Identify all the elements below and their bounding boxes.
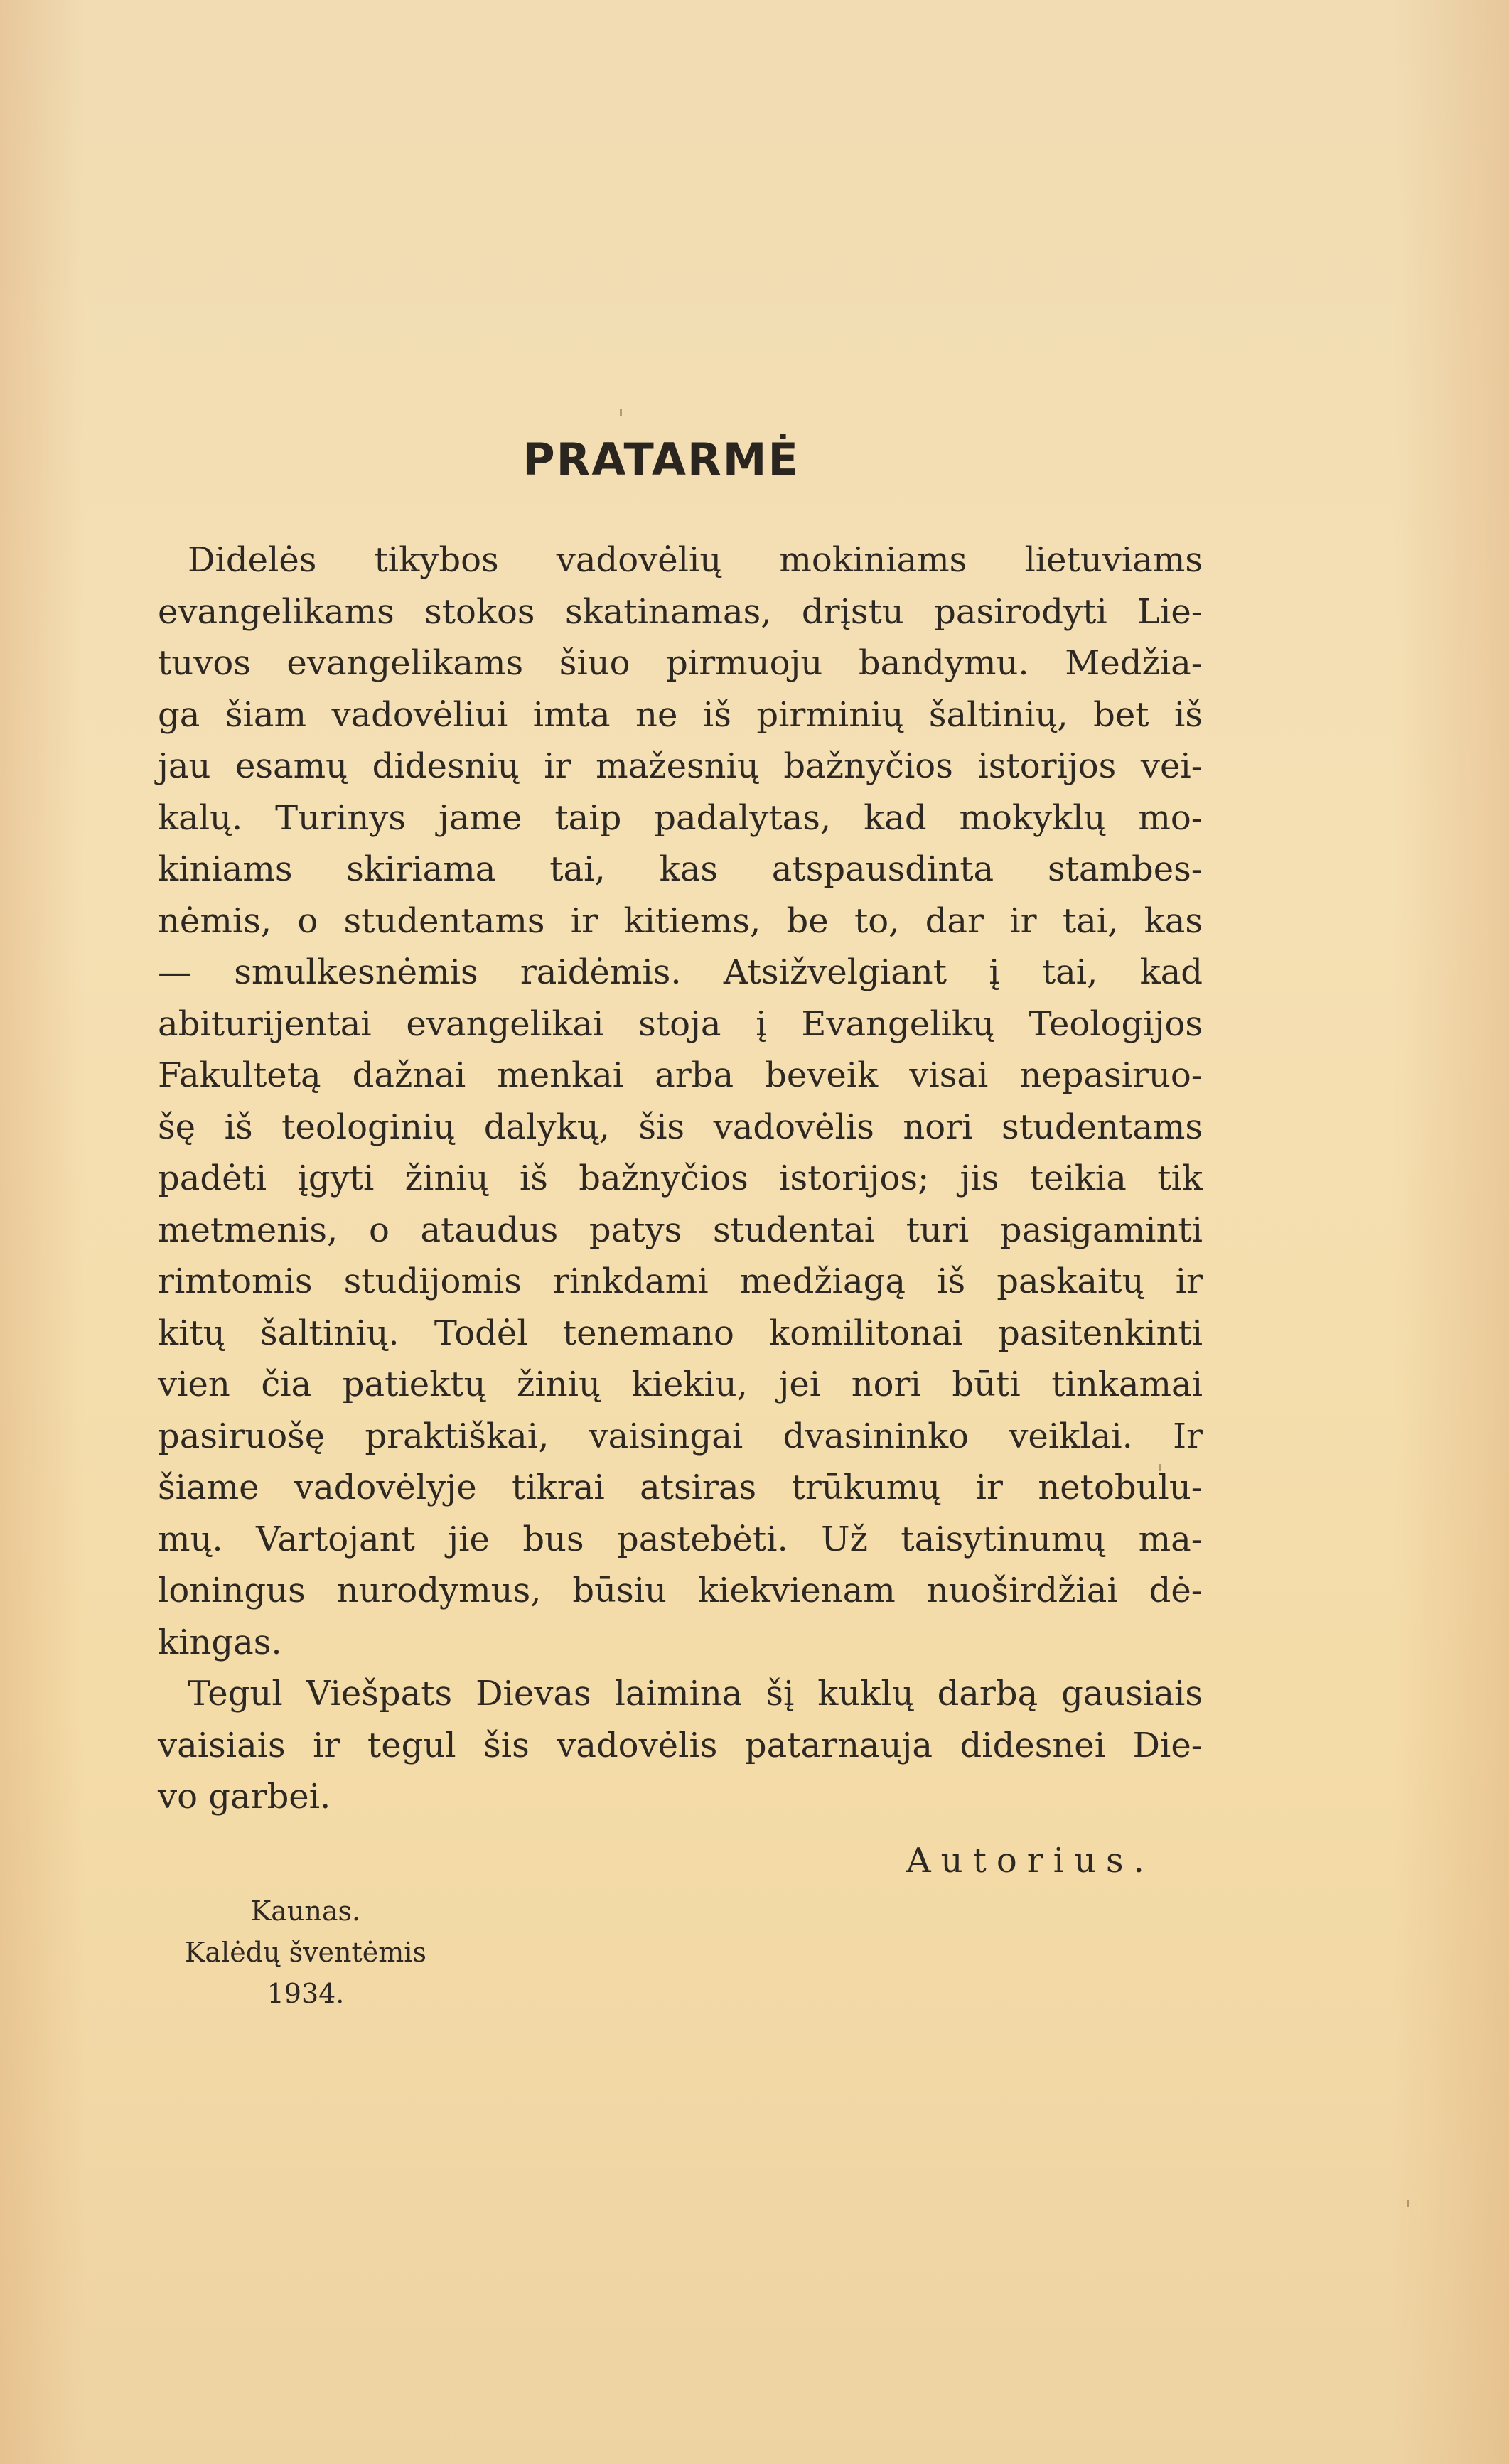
preface-body: Didelės tikybos vadovėlių mokiniams liet… <box>158 534 1203 1823</box>
text-line: šiame vadovėlyje tikrai atsiras trūkumų … <box>158 1462 1203 1514</box>
paper-speck <box>1159 1464 1161 1471</box>
text-line: kitų šaltinių. Todėl tenemano komilitona… <box>158 1308 1203 1360</box>
text-line: tuvos evangelikams šiuo pirmuoju bandymu… <box>158 637 1203 689</box>
text-line: — smulkesnėmis raidėmis. Atsižvelgiant į… <box>158 947 1203 999</box>
paper-speck <box>1070 1240 1072 1247</box>
text-line: vaisiais ir tegul šis vadovėlis patarnau… <box>158 1720 1203 1772</box>
text-line: evangelikams stokos skatinamas, drįstu p… <box>158 586 1203 638</box>
text-line: ga šiam vadovėliui imta ne iš pirminių š… <box>158 689 1203 741</box>
text-line: pasiruošę praktiškai, vaisingai dvasinin… <box>158 1411 1203 1463</box>
text-line: nėmis, o studentams ir kitiems, be to, d… <box>158 895 1203 947</box>
place-and-date: Kaunas. Kalėdų šventėmis 1934. <box>185 1890 426 2014</box>
text-line: metmenis, o ataudus patys studentai turi… <box>158 1205 1203 1257</box>
text-line: Fakultetą dažnai menkai arba beveik visa… <box>158 1050 1203 1102</box>
year: 1934. <box>185 1973 426 2014</box>
text-line: jau esamų didesnių ir mažesnių bažnyčios… <box>158 741 1203 792</box>
paper-speck <box>1407 2200 1409 2207</box>
paragraph-1: Didelės tikybos vadovėlių mokiniams liet… <box>158 534 1203 1668</box>
occasion: Kalėdų šventėmis <box>185 1932 426 1973</box>
text-line: šę iš teologinių dalykų, šis vadovėlis n… <box>158 1102 1203 1153</box>
text-line: mų. Vartojant jie bus pastebėti. Už tais… <box>158 1514 1203 1566</box>
text-line: kiniams skiriama tai, kas atspausdinta s… <box>158 844 1203 895</box>
paragraph-2: Tegul Viešpats Dievas laimina šį kuklų d… <box>158 1668 1203 1823</box>
text-line: rimtomis studijomis rinkdami medžiagą iš… <box>158 1256 1203 1308</box>
text-line: loningus nurodymus, būsiu kiekvienam nuo… <box>158 1565 1203 1617</box>
text-line: vien čia patiektų žinių kiekiu, jei nori… <box>158 1359 1203 1411</box>
text-line: Tegul Viešpats Dievas laimina šį kuklų d… <box>158 1668 1203 1720</box>
text-line: Didelės tikybos vadovėlių mokiniams liet… <box>158 534 1203 586</box>
paper-speck <box>620 409 622 416</box>
author-signature: Autorius. <box>906 1841 1154 1881</box>
text-line: kingas. <box>158 1617 1203 1669</box>
place: Kaunas. <box>185 1890 426 1932</box>
text-line: padėti įgyti žinių iš bažnyčios istorijo… <box>158 1153 1203 1205</box>
text-line: abiturijentai evangelikai stoja į Evange… <box>158 999 1203 1050</box>
text-line: kalų. Turinys jame taip padalytas, kad m… <box>158 792 1203 844</box>
text-line: vo garbei. <box>158 1771 1203 1823</box>
book-page: PRATARMĖ Didelės tikybos vadovėlių mokin… <box>0 0 1509 2464</box>
page-title: PRATARMĖ <box>0 434 1322 485</box>
